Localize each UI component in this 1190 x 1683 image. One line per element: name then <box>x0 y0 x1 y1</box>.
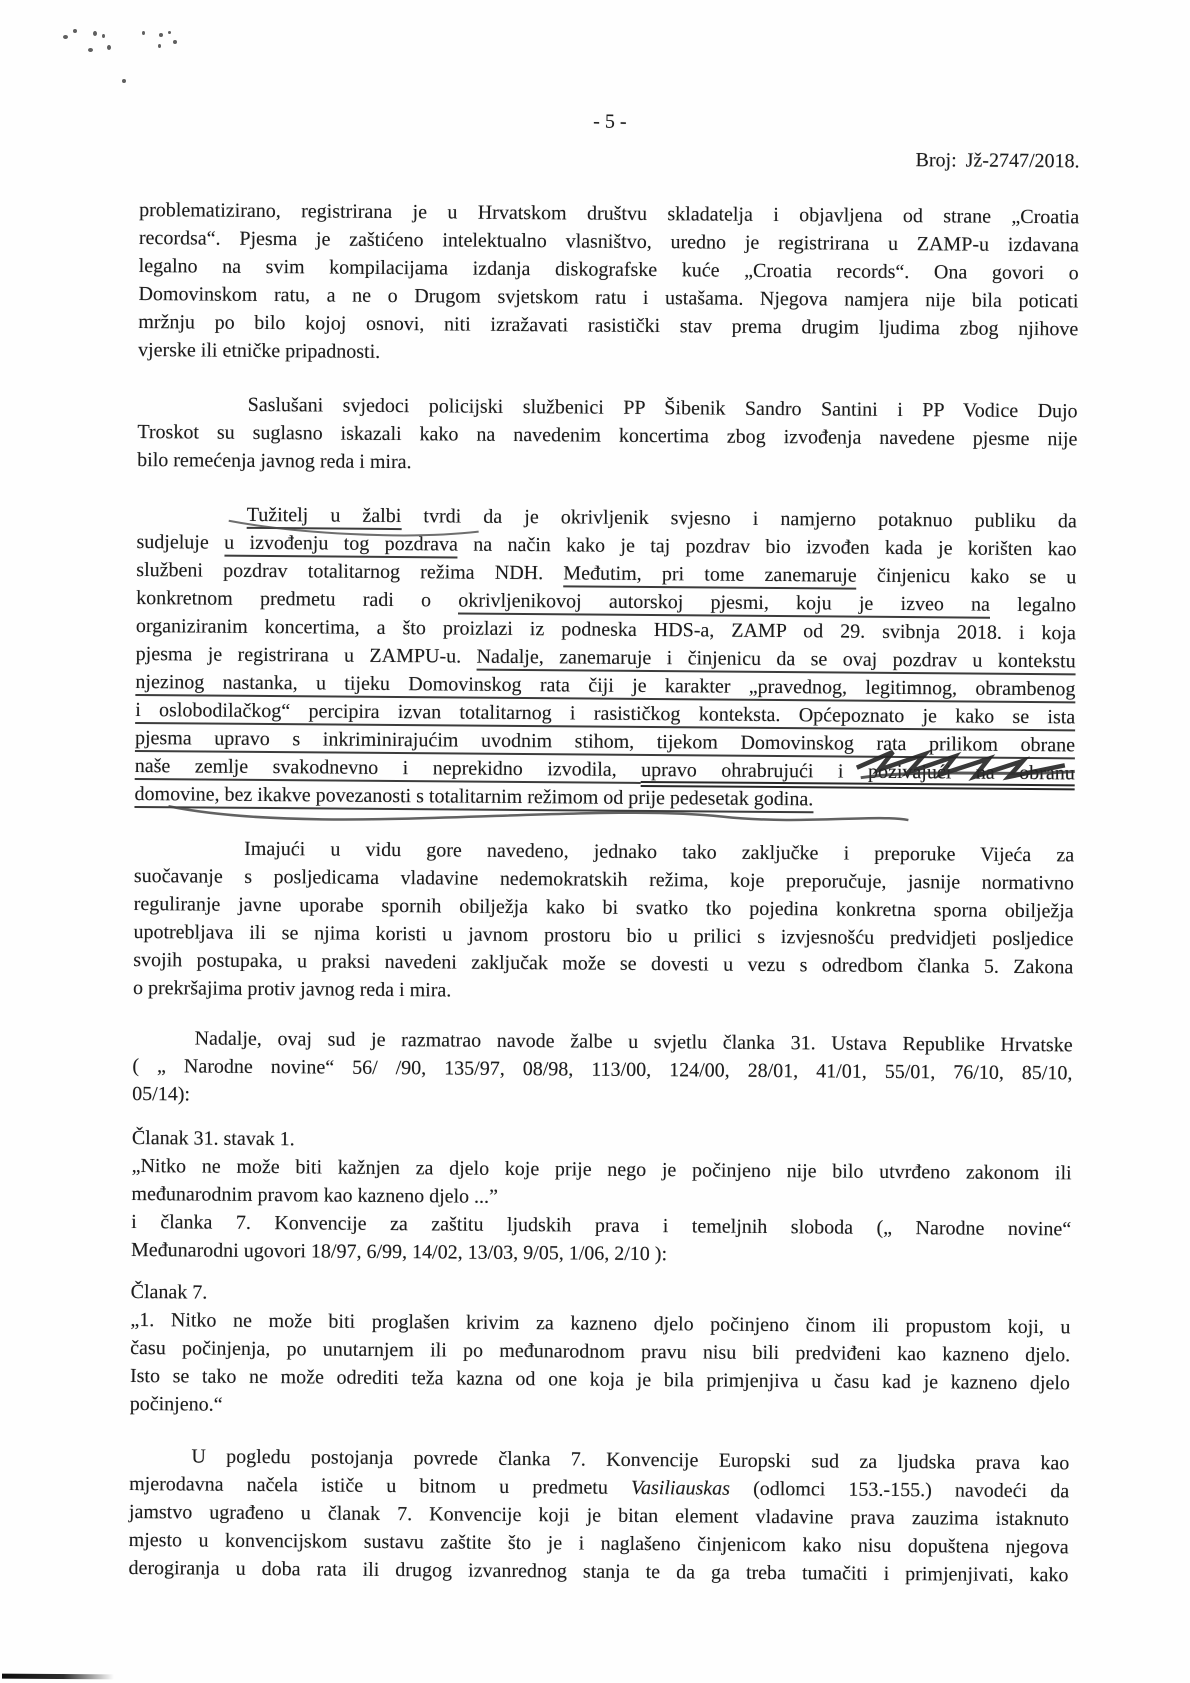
scanned-court-document-page: - 5 - Broj: Jž-2747/2018. problematizira… <box>0 0 1190 1683</box>
text-segment: sudjeluje <box>136 531 224 554</box>
text-segment: mržnju po bilo kojoj osnovi, niti izraža… <box>138 311 1078 340</box>
paragraph-p1: problematizirano, registrirana je u Hrva… <box>138 196 1079 371</box>
ink-speck <box>142 31 145 35</box>
ink-speck <box>102 34 105 38</box>
text-segment: reguliranje javne uporabe spornih obilje… <box>134 893 1074 922</box>
pen-underlined-text: Tužitelj u žalbi <box>247 504 402 530</box>
text-segment: svojih postupaka, u praksi navedeni zakl… <box>133 949 1073 978</box>
document-body: problematizirano, registrirana je u Hrva… <box>128 196 1079 1589</box>
text-segment: mjesto u konvencijskom sustavu zaštite š… <box>129 1529 1069 1558</box>
text-segment: Saslušani svjedoci policijski službenici… <box>248 394 1078 423</box>
page-number: - 5 - <box>140 104 1080 139</box>
text-segment: Članak 7. <box>131 1281 208 1304</box>
text-segment: Međunarodni ugovori 18/97, 6/99, 14/02, … <box>131 1239 667 1265</box>
paragraph-p6: Članak 31. stavak 1.„Nitko ne može biti … <box>131 1124 1072 1271</box>
text-segment: organiziranim koncertima, a što proizlaz… <box>136 615 1076 644</box>
paragraph-p2: Saslušani svjedoci policijski službenici… <box>137 390 1078 481</box>
text-line: derogiranja u doba rata ili drugog izvan… <box>128 1554 1068 1589</box>
pen-underlined-text: u izvođenju tog pozdrava <box>224 532 458 559</box>
ink-speck <box>88 48 93 52</box>
paragraph-p4: Imajući u vidu gore navedeno, jednako ta… <box>133 834 1074 1009</box>
ink-speck <box>63 35 68 39</box>
ink-speck <box>107 45 111 50</box>
text-segment: 05/14): <box>132 1083 190 1105</box>
text-segment: Isto se tako ne može odrediti teža kazna… <box>130 1365 1070 1394</box>
pen-underlined-text: domovine, bez ikakve povezanosti s total… <box>134 783 813 813</box>
text-segment: U pogledu postojanja povrede članka 7. K… <box>191 1445 1069 1474</box>
text-segment: problematizirano, registrirana je u Hrva… <box>139 199 1079 228</box>
text-segment: Domovinskom ratu, a ne o Drugom svjetsko… <box>138 283 1078 312</box>
text-segment: „Nitko ne može biti kažnjen za djelo koj… <box>132 1155 1072 1184</box>
text-segment: recordsa“. Pjesma je zaštićeno intelektu… <box>139 227 1079 256</box>
ink-speck <box>168 31 171 34</box>
text-segment: „1. Nitko ne može biti proglašen krivim … <box>130 1309 1070 1338</box>
text-segment: legalno na svim kompilacijama izdanja di… <box>139 255 1079 284</box>
paragraph-p7: Članak 7.„1. Nitko ne može biti proglaše… <box>130 1278 1071 1425</box>
text-segment: (odlomci 153.-155.) navodeći da <box>730 1478 1069 1503</box>
text-segment: međunarodnim pravom kao kazneno djelo ..… <box>131 1183 498 1208</box>
paragraph-p5: Nadalje, ovaj sud je razmatrao navode ža… <box>132 1024 1073 1115</box>
document-content: - 5 - Broj: Jž-2747/2018. problematizira… <box>128 104 1080 1589</box>
scan-edge-artifact <box>2 1674 114 1680</box>
text-segment: bilo remećenja javnog reda i mira. <box>137 449 411 473</box>
text-segment: Nadalje, ovaj sud je razmatrao navode ža… <box>195 1027 1073 1056</box>
ink-speck <box>93 31 97 36</box>
text-segment: Vasiliauskas <box>631 1477 730 1500</box>
text-segment: Članak 31. stavak 1. <box>132 1127 295 1150</box>
ink-speck <box>122 79 126 83</box>
text-segment: i članka 7. Konvencije za zaštitu ljudsk… <box>131 1211 1071 1240</box>
text-segment: ( „ Narodne novine“ 56/ /90, 135/97, 08/… <box>132 1055 1072 1084</box>
ink-speck <box>158 44 161 48</box>
pen-underlined-text: Međutim, pri tome zanemaruje <box>563 562 856 589</box>
text-segment: o prekršajima protiv javnog reda i mira. <box>133 977 451 1001</box>
text-segment: Troskot su suglasno iskazali kako na nav… <box>137 421 1077 450</box>
text-segment: počinjeno.“ <box>130 1393 223 1416</box>
text-segment: vjerske ili etničke pripadnosti. <box>138 339 380 363</box>
text-segment: času počinjenja, po unutarnjem ili po me… <box>130 1337 1070 1366</box>
text-segment: činjenicu kako se u <box>857 565 1077 589</box>
text-segment: na način kako je taj pozdrav bio izvođen… <box>458 534 1077 561</box>
text-segment: suočavanje s posljedicama vladavine nede… <box>134 865 1074 894</box>
ink-speck <box>159 33 163 37</box>
text-segment: legalno <box>990 594 1076 617</box>
text-segment: službeni pozdrav totalitarnog režima NDH… <box>136 559 563 584</box>
paragraph-p8: U pogledu postojanja povrede članka 7. K… <box>128 1442 1069 1589</box>
ink-speck <box>73 29 77 33</box>
text-segment: upotrebljava ili se njima koristi u javn… <box>133 921 1073 950</box>
text-segment: pjesma je registrirana u ZAMPU-u. <box>136 643 477 668</box>
text-segment: Imajući u vidu gore navedeno, jednako ta… <box>244 838 1074 867</box>
text-segment: jamstvo ugrađeno u članak 7. Konvencije … <box>129 1501 1069 1530</box>
case-number: Broj: Jž-2747/2018. <box>139 140 1079 175</box>
paragraph-p3: Tužitelj u žalbi tvrdi da je okrivljenik… <box>134 500 1076 815</box>
text-segment: mjerodavna načela ističe u bitnom u pred… <box>129 1473 631 1499</box>
ink-speck <box>173 40 177 44</box>
text-segment: derogiranja u doba rata ili drugog izvan… <box>128 1557 1068 1586</box>
text-segment: tvrdi da je okrivljenik svjesno i namjer… <box>401 505 1077 532</box>
text-segment: konkretnom predmetu radi o <box>136 587 458 612</box>
